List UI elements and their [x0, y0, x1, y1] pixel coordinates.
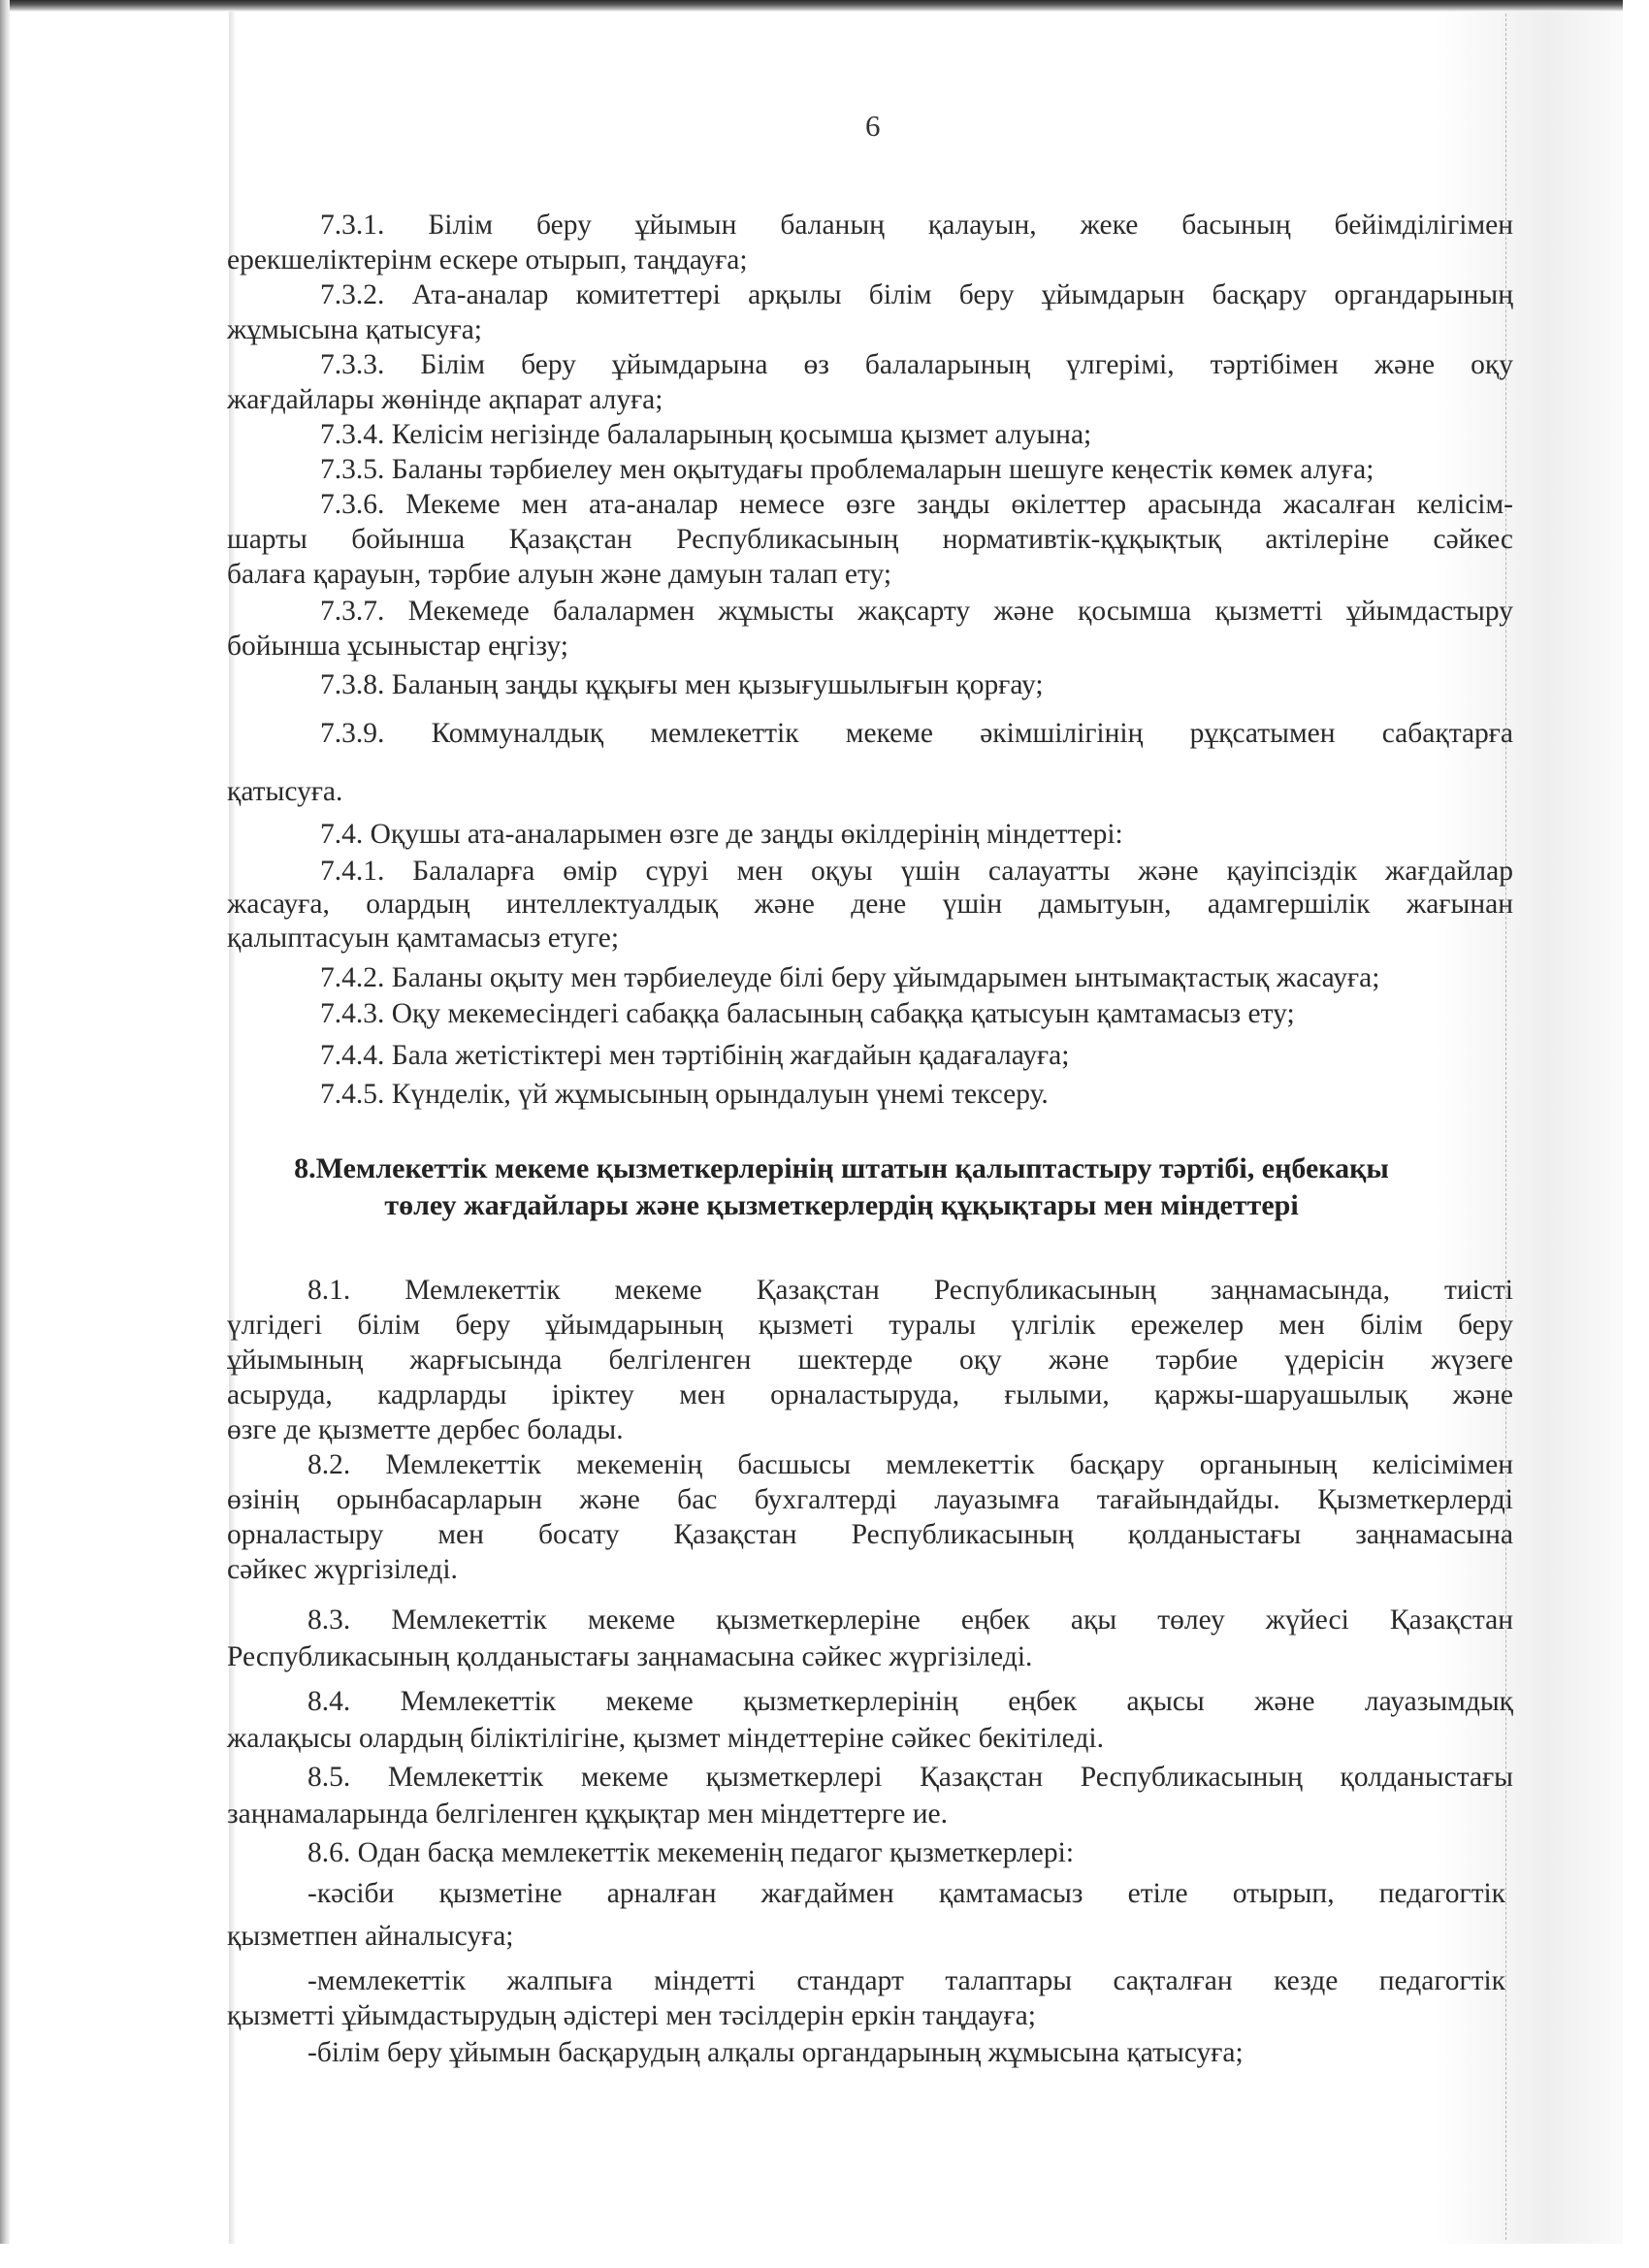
heading-line: төлеу жағдайлары және қызметкерлердің құ… [257, 1187, 1426, 1224]
text-line: ерекшеліктерінм ескере отырып, таңдауға; [227, 243, 748, 277]
text-line: балаға қарауын, тәрбие алуын және дамуын… [227, 557, 891, 592]
text-line: бойынша ұсыныстар еңгізу; [227, 629, 568, 664]
scan-top-edge [0, 0, 1623, 12]
text-line: 8.3. Мемлекеттік мекеме қызметкерлеріне … [307, 1603, 1513, 1637]
text-line: орналастыру мен босату Қазақстан Республ… [227, 1517, 1513, 1552]
text-line: 7.4. Оқушы ата-аналарымен өзге де заңды … [320, 817, 1123, 852]
text-line: 8.4. Мемлекеттік мекеме қызметкерлерінің… [307, 1684, 1513, 1719]
text-line: қызметпен айналысуға; [227, 1919, 514, 1954]
text-line: -кәсіби қызметіне арналған жағдаймен қам… [307, 1876, 1505, 1911]
page-number: 6 [865, 109, 881, 144]
text-line: 7.3.8. Баланың заңды құқығы мен қызығушы… [320, 667, 1044, 702]
text-line: 7.4.1. Балаларға өмір сүруі мен оқуы үші… [320, 854, 1513, 889]
text-line: қалыптасуын қамтамасыз етуге; [227, 921, 619, 956]
text-line: жұмысына қатысуға; [227, 312, 482, 347]
text-line: 8.6. Одан басқа мемлекеттік мекеменің пе… [307, 1835, 1074, 1870]
text-line: Республикасының қолданыстағы заңнамасына… [227, 1639, 1032, 1674]
text-line: 7.4.3. Оқу мекемесіндегі сабаққа баласын… [320, 996, 1295, 1031]
text-line: жалақысы олардың біліктілігіне, қызмет м… [227, 1721, 1104, 1756]
heading-line: 8.Мемлекеттік мекеме қызметкерлерінің шт… [257, 1150, 1426, 1187]
text-line: 7.4.4. Бала жетістіктері мен тәртібінің … [320, 1038, 1069, 1073]
text-line: -мемлекеттік жалпыға міндетті стандарт т… [307, 1963, 1505, 1998]
text-line: 7.3.1. Білім беру ұйымын баланың қалауын… [320, 208, 1513, 243]
text-line: 7.3.2. Ата-аналар комитеттері арқылы біл… [320, 277, 1513, 312]
bottom-margin [0, 2244, 1649, 2268]
text-line: 8.1. Мемлекеттік мекеме Қазақстан Респуб… [307, 1273, 1513, 1308]
text-line: қатысуға. [227, 774, 342, 809]
text-line: 7.3.5. Баланы тәрбиелеу мен оқытудағы пр… [320, 452, 1374, 487]
text-line: 7.3.9. Коммуналдық мемлекеттік мекеме әк… [320, 716, 1513, 751]
text-line: жағдайлары жөнінде ақпарат алуға; [227, 382, 663, 417]
text-line: өзге де қызметте дербес болады. [227, 1412, 624, 1447]
text-line: 7.4.5. Күнделік, үй жұмысының орындалуын… [320, 1077, 1049, 1112]
text-line: 7.3.4. Келісім негізінде балаларының қос… [320, 417, 1091, 452]
text-line: үлгідегі білім беру ұйымдарының қызметі … [227, 1308, 1513, 1343]
text-line: сәйкес жүргізіледі. [227, 1552, 458, 1587]
text-line: ұйымының жарғысында белгіленген шектерде… [227, 1343, 1513, 1377]
text-line: 7.3.6. Мекеме мен ата-аналар немесе өзге… [320, 487, 1513, 522]
text-line: өзінің орынбасарларын және бас бухгалтер… [227, 1482, 1513, 1517]
text-line: асыруда, кадрларды іріктеу мен орналасты… [227, 1377, 1513, 1412]
text-line: 8.5. Мемлекеттік мекеме қызметкерлері Қа… [307, 1760, 1513, 1795]
text-line: заңнамаларында белгіленген құқықтар мен … [227, 1797, 948, 1831]
text-line: 7.4.2. Баланы оқыту мен тәрбиелеуде білі… [320, 960, 1379, 995]
text-line: 7.3.3. Білім беру ұйымдарына өз балалары… [320, 347, 1513, 382]
text-line: 8.2. Мемлекеттік мекеменің басшысы мемле… [307, 1447, 1513, 1482]
text-line: шарты бойынша Қазақстан Республикасының … [227, 522, 1513, 557]
scan-right-strip [1623, 0, 1649, 2244]
text-line: -білім беру ұйымын басқарудың алқалы орг… [307, 2035, 1244, 2070]
text-line: қызметті ұйымдастырудың әдістері мен тәс… [227, 1998, 1036, 2033]
scan-left-strip [0, 0, 10, 2244]
text-line: жасауға, олардың интеллектуалдық және де… [227, 887, 1513, 922]
text-line: 7.3.7. Мекемеде балалармен жұмысты жақса… [320, 594, 1513, 629]
